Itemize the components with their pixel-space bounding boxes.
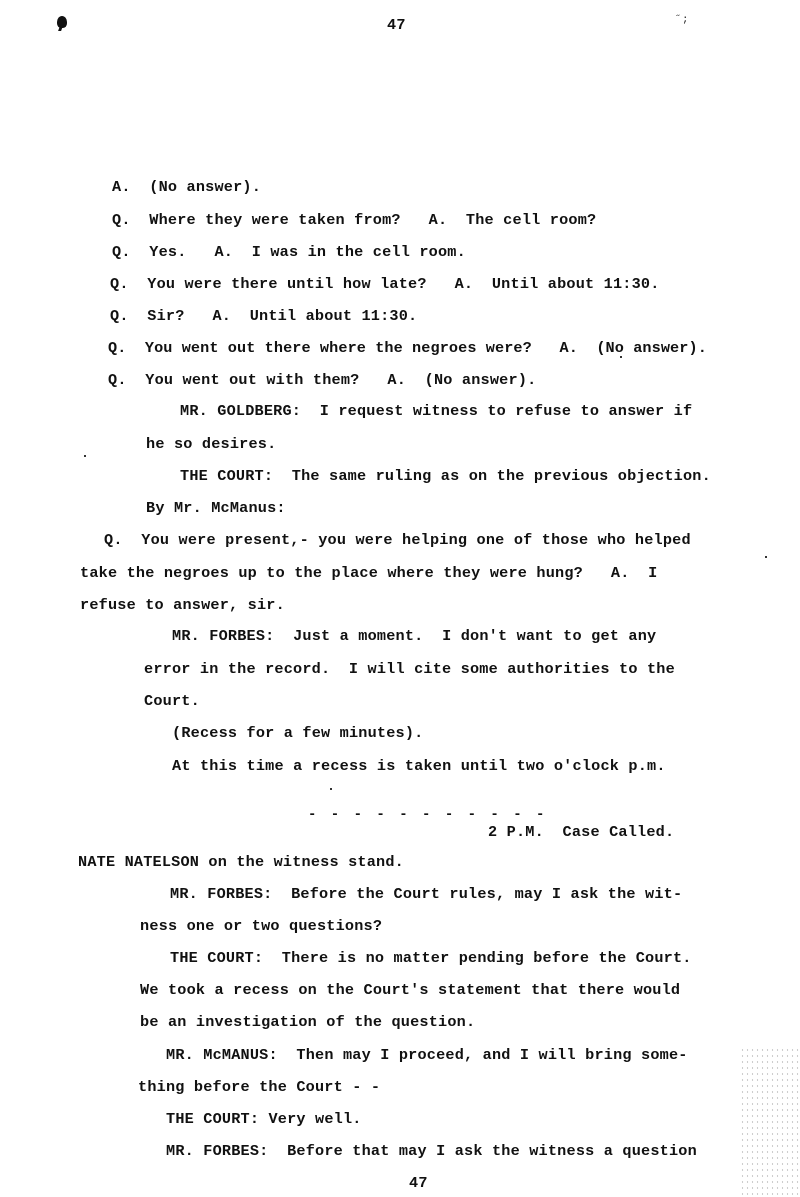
transcript-line: MR. GOLDBERG: I request witness to refus…	[180, 402, 692, 420]
transcript-line: THE COURT: Very well.	[166, 1110, 362, 1128]
transcript-line: Q. You went out with them? A. (No answer…	[108, 371, 536, 389]
transcript-line: Q. Sir? A. Until about 11:30.	[110, 307, 417, 325]
transcript-line: Q. Yes. A. I was in the cell room.	[112, 243, 466, 261]
transcript-line: Q. You were there until how late? A. Unt…	[110, 275, 660, 293]
transcript-line: We took a recess on the Court's statemen…	[140, 981, 680, 999]
corner-mark: ˝;	[676, 12, 688, 30]
transcript-line: NATE NATELSON on the witness stand.	[78, 853, 404, 871]
transcript-line: refuse to answer, sir.	[80, 596, 285, 614]
transcript-page: 47 ˝; A. (No answer). Q. Where they were…	[0, 0, 800, 1197]
transcript-line: thing before the Court - -	[138, 1078, 380, 1096]
transcript-line: Court.	[144, 692, 200, 710]
transcript-line: ness one or two questions?	[140, 917, 382, 935]
section-divider: - - - - - - - - - - -	[308, 806, 547, 824]
transcript-line: At this time a recess is taken until two…	[172, 757, 666, 775]
header-page-number: 47	[387, 16, 406, 34]
transcript-line: he so desires.	[146, 435, 276, 453]
transcript-line: Q. You went out there where the negroes …	[108, 339, 707, 357]
transcript-line: MR. FORBES: Just a moment. I don't want …	[172, 627, 656, 645]
scan-noise	[740, 1047, 800, 1197]
transcript-line: error in the record. I will cite some au…	[144, 660, 675, 678]
scan-speck	[620, 356, 622, 358]
footer-page-number: 47	[409, 1174, 428, 1192]
transcript-line: By Mr. McManus:	[146, 499, 286, 517]
scan-speck	[765, 556, 767, 558]
transcript-line: be an investigation of the question.	[140, 1013, 475, 1031]
transcript-line: A. (No answer).	[112, 178, 261, 196]
transcript-line: Q. You were present,- you were helping o…	[104, 531, 691, 549]
transcript-line: MR. FORBES: Before that may I ask the wi…	[166, 1142, 697, 1160]
punch-hole-mark	[57, 16, 67, 28]
transcript-line: 2 P.M. Case Called.	[488, 823, 674, 841]
transcript-line: Q. Where they were taken from? A. The ce…	[112, 211, 596, 229]
transcript-line: (Recess for a few minutes).	[172, 724, 423, 742]
transcript-line: MR. McMANUS: Then may I proceed, and I w…	[166, 1046, 688, 1064]
transcript-line: MR. FORBES: Before the Court rules, may …	[170, 885, 682, 903]
transcript-line: THE COURT: There is no matter pending be…	[170, 949, 692, 967]
scan-speck	[330, 788, 332, 790]
scan-speck	[84, 455, 86, 457]
transcript-line: take the negroes up to the place where t…	[80, 564, 657, 582]
transcript-line: THE COURT: The same ruling as on the pre…	[180, 467, 711, 485]
